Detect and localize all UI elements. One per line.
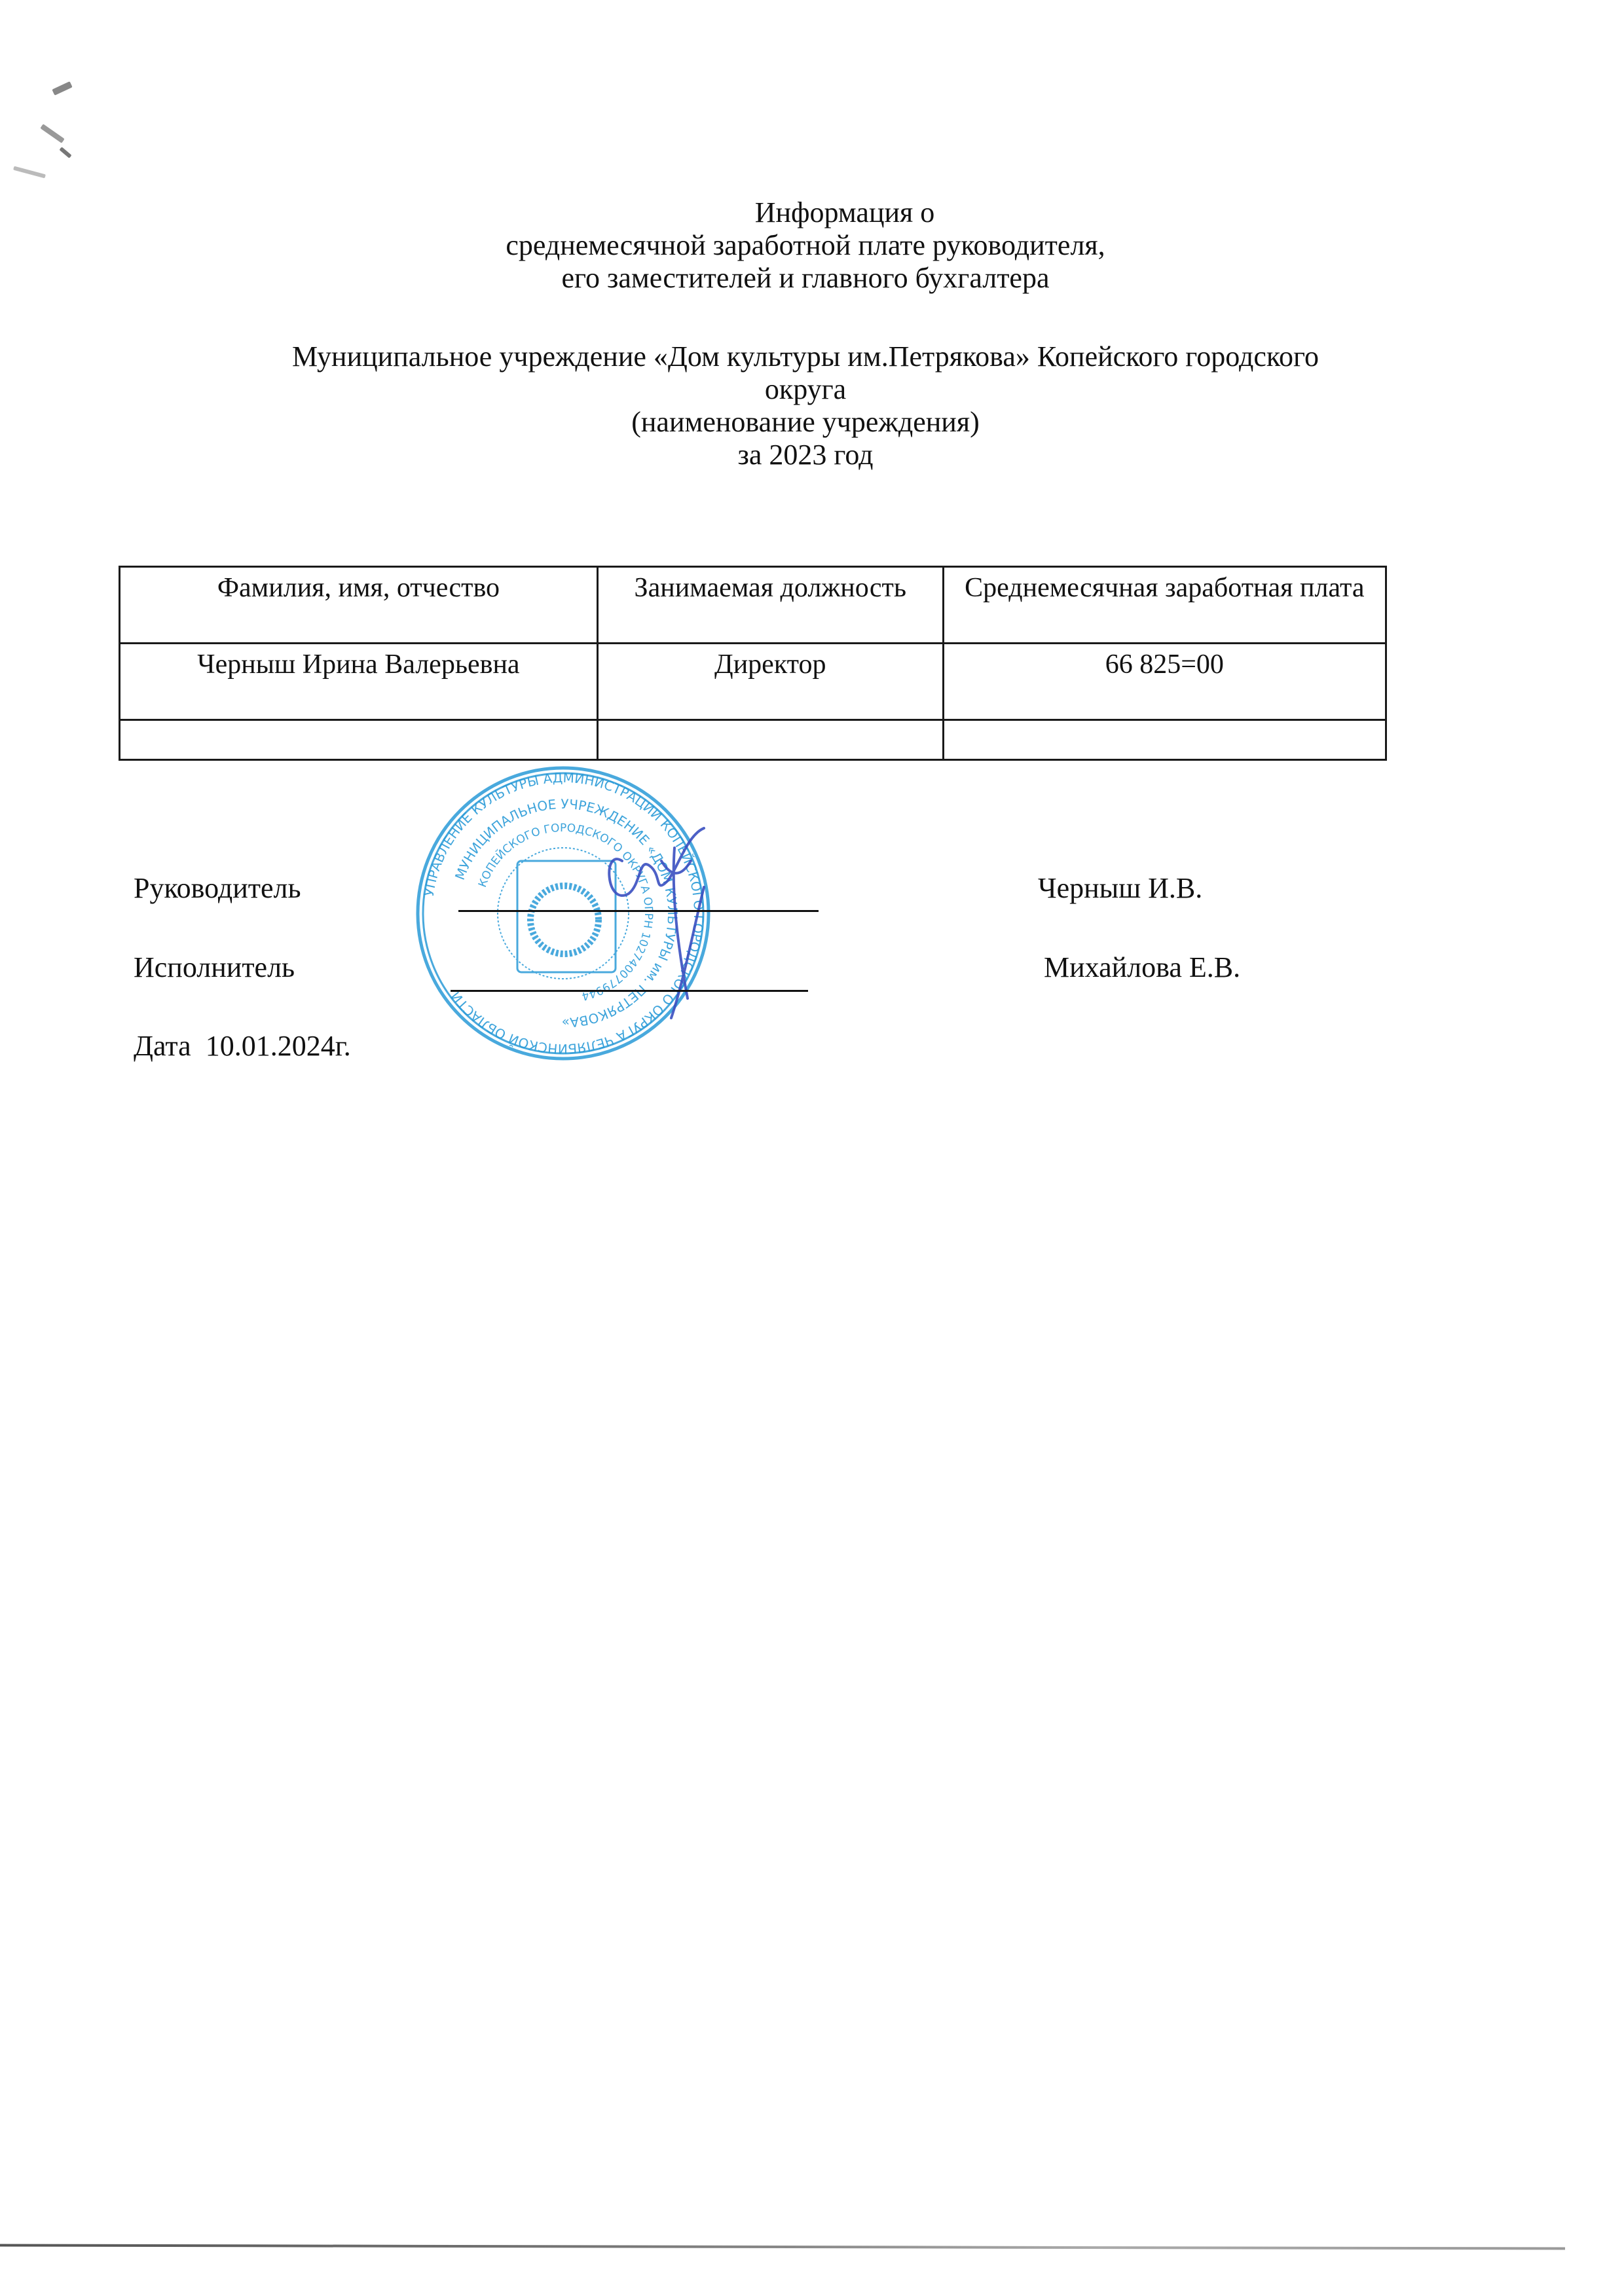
salary-table: Фамилия, имя, отчество Занимаемая должно… bbox=[119, 566, 1387, 761]
table-row: Черныш Ирина Валерьевна Директор 66 825=… bbox=[120, 644, 1386, 720]
scan-artifact bbox=[13, 166, 46, 179]
head-signature-line bbox=[458, 910, 819, 912]
scan-artifact bbox=[59, 147, 71, 158]
cell-position: Директор bbox=[597, 644, 943, 720]
scan-artifact bbox=[52, 81, 72, 96]
title-line-2: среднемесячной заработной плате руководи… bbox=[131, 229, 1480, 262]
organization-block: Муниципальное учреждение «Дом культуры и… bbox=[131, 340, 1480, 471]
date-value: 10.01.2024г. bbox=[206, 1030, 351, 1062]
cell-avg-salary: 66 825=00 bbox=[943, 644, 1386, 720]
table-row-empty bbox=[120, 720, 1386, 760]
title-line-3: его заместителей и главного бухгалтера bbox=[131, 262, 1480, 295]
head-label: Руководитель bbox=[134, 872, 301, 905]
head-name: Черныш И.В. bbox=[1038, 872, 1202, 905]
date-label: Дата bbox=[134, 1030, 191, 1062]
organization-caption: (наименование учреждения) bbox=[131, 406, 1480, 439]
cell-empty bbox=[120, 720, 598, 760]
table-header-row: Фамилия, имя, отчество Занимаемая должно… bbox=[120, 567, 1386, 644]
header-avg-salary: Среднемесячная заработная плата bbox=[943, 567, 1386, 644]
organization-name: Муниципальное учреждение «Дом культуры и… bbox=[131, 340, 1480, 373]
executor-label: Исполнитель bbox=[134, 951, 295, 984]
document-title: Информация о среднемесячной заработной п… bbox=[131, 196, 1480, 295]
svg-text:УПРАВЛЕНИЕ КУЛЬТУРЫ АДМИНИСТРА: УПРАВЛЕНИЕ КУЛЬТУРЫ АДМИНИСТРАЦИИ КОПЕЙС… bbox=[421, 770, 707, 1057]
header-position: Занимаемая должность bbox=[597, 567, 943, 644]
organization-name-cont: округа bbox=[131, 373, 1480, 406]
executor-signature-line bbox=[451, 990, 808, 992]
executor-name: Михайлова Е.В. bbox=[1044, 951, 1240, 984]
cell-full-name: Черныш Ирина Валерьевна bbox=[120, 644, 598, 720]
official-seal-icon: УПРАВЛЕНИЕ КУЛЬТУРЫ АДМИНИСТРАЦИИ КОПЕЙС… bbox=[413, 763, 714, 1064]
header-full-name: Фамилия, имя, отчество bbox=[120, 567, 598, 644]
report-period: за 2023 год bbox=[131, 439, 1480, 471]
title-line-1: Информация о bbox=[131, 196, 1480, 229]
scan-artifact bbox=[40, 124, 64, 143]
scan-edge-line bbox=[0, 2244, 1565, 2250]
date-row: Дата 10.01.2024г. bbox=[134, 1030, 351, 1063]
cell-empty bbox=[943, 720, 1386, 760]
cell-empty bbox=[597, 720, 943, 760]
